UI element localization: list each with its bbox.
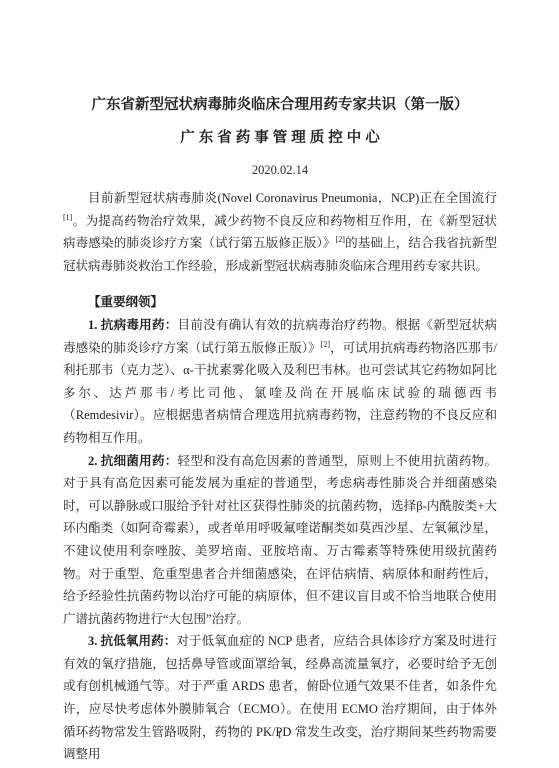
intro-text-1: 目前新型冠状病毒肺炎(Novel Coronavirus Pneumonia，N… [88, 191, 497, 205]
document-page: 广东省新型冠状病毒肺炎临床合理用药专家共识（第一版） 广东省药事管理质控中心 2… [0, 0, 559, 768]
outline-heading-label: 【重要纲领】 [88, 295, 163, 309]
section-antibacterial: 2. 抗细菌用药：轻型和没有高危因素的普通型，原则上不使用抗菌药物。对于具有高危… [63, 450, 497, 631]
section-1-text-2: ，可试用抗病毒药物洛匹那韦/利托那韦（克力芝）、α-干扰素雾化吸入及利巴韦林。也… [63, 341, 497, 445]
citation-ref-2b: [2] [321, 339, 330, 348]
document-date: 2020.02.14 [63, 162, 497, 179]
page-number: 1 [0, 728, 559, 742]
intro-paragraph: 目前新型冠状病毒肺炎(Novel Coronavirus Pneumonia，N… [63, 187, 497, 277]
section-2-label: 2. 抗细菌用药： [88, 454, 178, 468]
section-3-text: 对于低氧血症的 NCP 患者，应结合具体诊疗方案及时进行有效的氧疗措施，包括鼻导… [63, 634, 497, 761]
outline-heading: 【重要纲领】 [63, 291, 497, 314]
citation-ref-2: [2] [336, 235, 345, 244]
section-antiviral: 1. 抗病毒用药：目前没有确认有效的抗病毒治疗药物。根据《新型冠状病毒感染的肺炎… [63, 314, 497, 450]
document-subtitle: 广东省药事管理质控中心 [63, 128, 497, 148]
section-3-label: 3. 抗低氧用药： [88, 634, 176, 648]
section-antihypoxia: 3. 抗低氧用药：对于低氧血症的 NCP 患者，应结合具体诊疗方案及时进行有效的… [63, 630, 497, 766]
section-1-label: 1. 抗病毒用药： [88, 318, 178, 332]
section-2-text: 轻型和没有高危因素的普通型，原则上不使用抗菌药物。对于具有高危因素可能发展为重症… [63, 454, 497, 626]
document-title: 广东省新型冠状病毒肺炎临床合理用药专家共识（第一版） [63, 95, 497, 115]
citation-ref-1: [1] [63, 212, 72, 221]
